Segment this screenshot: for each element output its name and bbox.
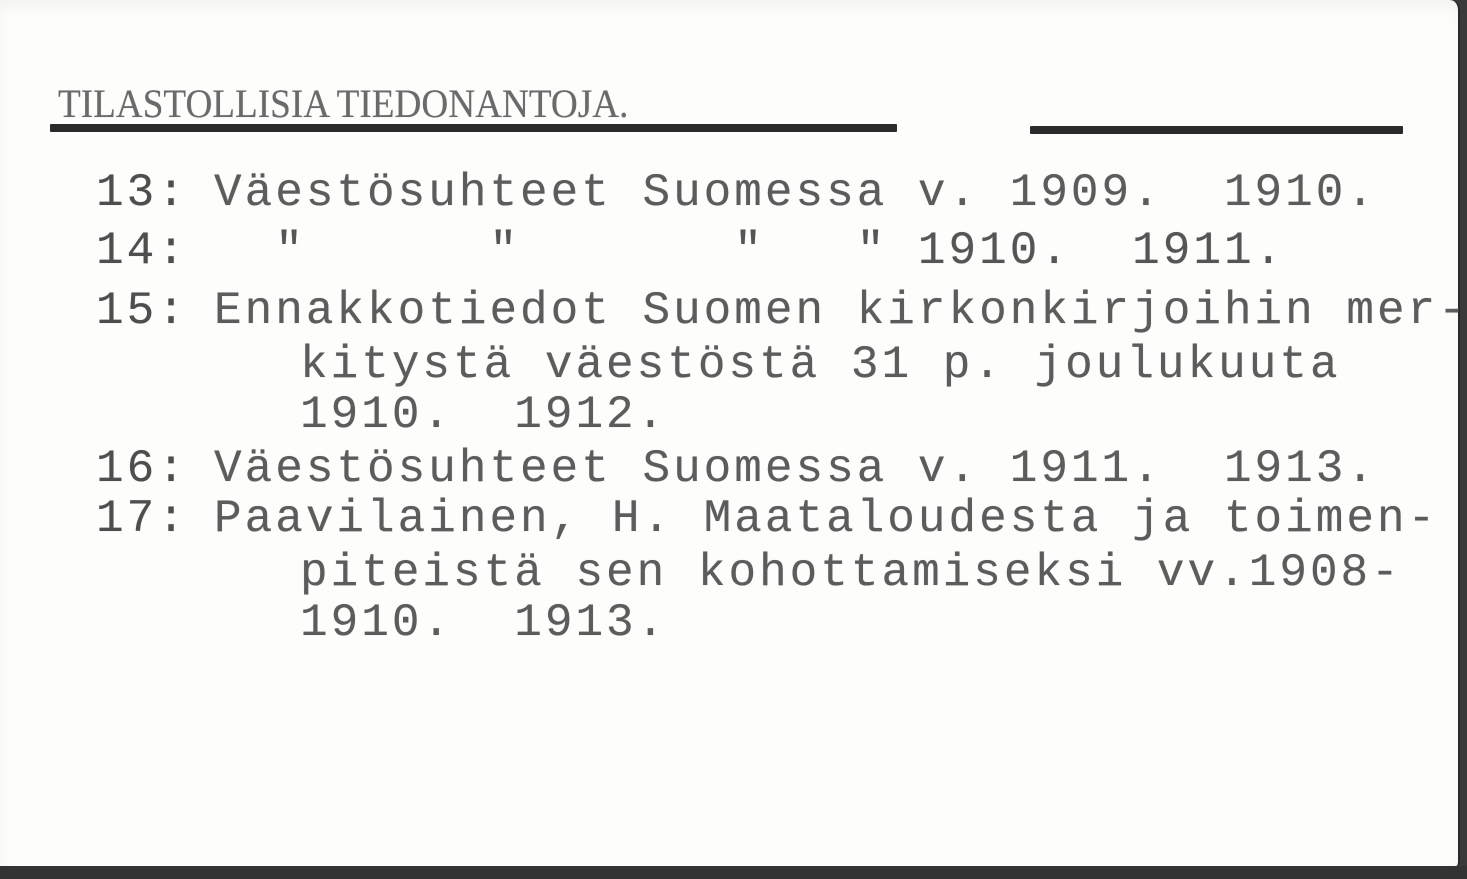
entry-16-number: 16: <box>96 446 188 492</box>
entry-15-number: 15: <box>96 288 188 334</box>
entry-13-line-1: Väestösuhteet Suomessa v. 1909. 1910. <box>214 170 1377 216</box>
entry-15-line-2: kitystä väestöstä 31 p. joulukuuta <box>300 342 1341 388</box>
entry-17-line-1: Paavilainen, H. Maataloudesta ja toimen- <box>214 496 1438 542</box>
entry-17-line-2: piteistä sen kohottamiseksi vv.1908- <box>300 550 1402 596</box>
heading-underline <box>50 124 897 132</box>
card-heading: TILASTOLLISIA TIEDONANTOJA. <box>58 80 628 127</box>
entry-14-line-1: " " " " 1910. 1911. <box>214 228 1285 274</box>
entry-13-number: 13: <box>96 170 188 216</box>
entry-17-number: 17: <box>96 496 188 542</box>
entry-15-line-1: Ennakkotiedot Suomen kirkonkirjoihin mer… <box>214 288 1467 334</box>
right-rule-line <box>1030 126 1403 134</box>
scan-background-edge <box>0 866 1467 879</box>
catalog-card: TILASTOLLISIA TIEDONANTOJA. 13: Väestösu… <box>0 0 1460 866</box>
entry-14-number: 14: <box>96 228 188 274</box>
entry-15-line-3: 1910. 1912. <box>300 392 667 438</box>
entry-16-line-1: Väestösuhteet Suomessa v. 1911. 1913. <box>214 446 1377 492</box>
entry-17-line-3: 1910. 1913. <box>300 600 667 646</box>
